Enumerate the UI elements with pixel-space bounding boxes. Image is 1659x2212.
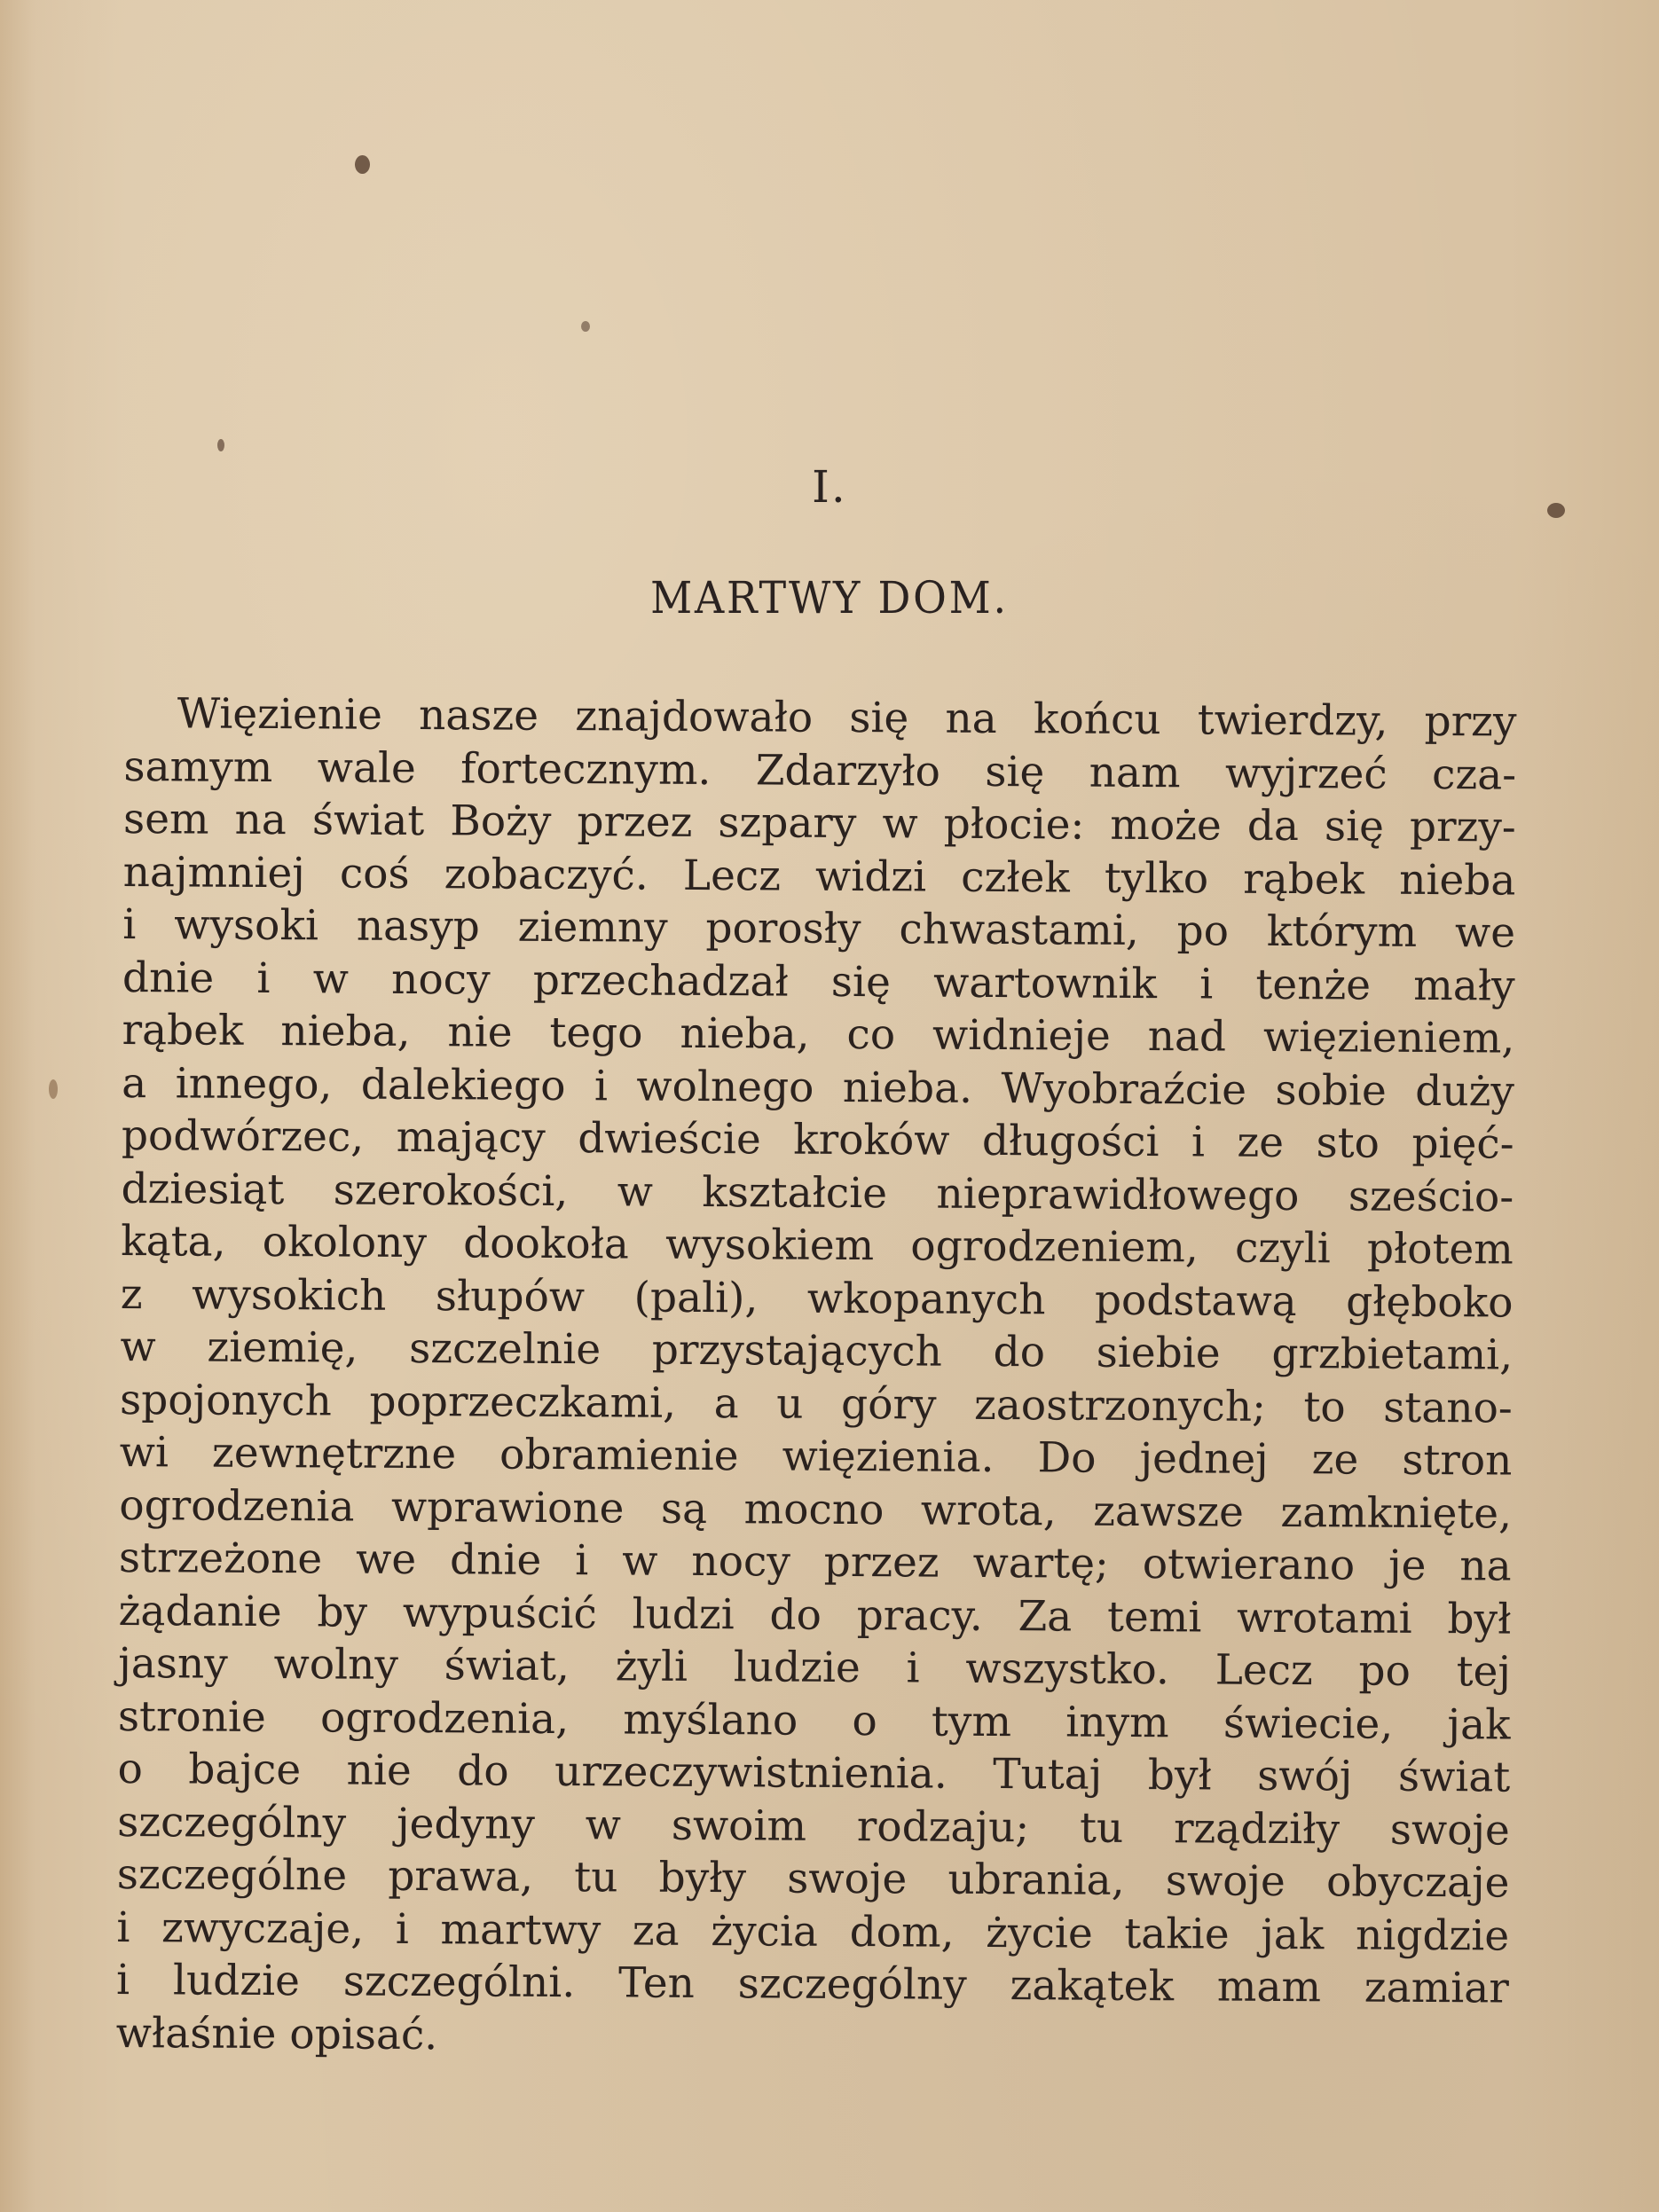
text-line: Więzienie nasze znajdowało się na końcu … [124, 687, 1517, 749]
paper-spot [355, 155, 370, 174]
text-line: jasny wolny świat, żyli ludzie i wszystk… [118, 1637, 1511, 1698]
text-line: stronie ogrodzenia, myślano o tym inym ś… [118, 1690, 1511, 1751]
paper-spot [217, 439, 224, 451]
book-page: I. MARTWY DOM. Więzienie nasze znajdował… [0, 0, 1659, 2212]
text-line: i wysoki nasyp ziemny porosły chwastami,… [122, 898, 1515, 960]
text-line: najmniej coś zobaczyć. Lecz widzi człek … [123, 845, 1516, 906]
paper-spot [581, 321, 590, 332]
text-line: i ludzie szczególni. Ten szczególny zaką… [116, 1954, 1509, 2015]
text-line: samym wale fortecznym. Zdarzyło się nam … [123, 740, 1516, 801]
text-line: szczególny jedyny w swoim rodzaju; tu rz… [117, 1795, 1510, 1856]
text-line: rąbek nieba, nie tego nieba, co widnieje… [122, 1004, 1514, 1065]
text-line: właśnie opisać. [116, 2006, 1509, 2067]
paper-spot [49, 1079, 58, 1099]
text-line: ogrodzenia wprawione są mocno wrota, zaw… [119, 1479, 1512, 1540]
text-line: kąta, okolony dookoła wysokiem ogrodzeni… [121, 1215, 1514, 1276]
text-line: podwórzec, mający dwieście kroków długoś… [122, 1110, 1514, 1171]
text-line: szczególne prawa, tu były swoje ubrania,… [117, 1848, 1510, 1910]
text-line: spojonych poprzeczkami, a u góry zaostrz… [120, 1373, 1513, 1434]
text-line: o bajce nie do urzeczywistnienia. Tutaj … [117, 1743, 1510, 1804]
text-line: dziesiąt szerokości, w kształcie niepraw… [121, 1162, 1514, 1223]
text-line: sem na świat Boży przez szpary w płocie:… [123, 793, 1516, 854]
text-line: strzeżone we dnie i w nocy przez wartę; … [119, 1532, 1512, 1593]
text-line: a innego, dalekiego i wolnego nieba. Wyo… [122, 1056, 1514, 1118]
text-line: w ziemię, szczelnie przystających do sie… [120, 1321, 1513, 1382]
text-line: dnie i w nocy przechadzał się wartownik … [122, 951, 1515, 1012]
chapter-number: I. [0, 461, 1659, 513]
text-line: z wysokich słupów (pali), wkopanych pods… [121, 1267, 1514, 1329]
chapter-title: MARTWY DOM. [67, 572, 1592, 624]
text-line: żądanie by wypuścić ludzi do pracy. Za t… [118, 1584, 1511, 1645]
text-line: i zwyczaje, i martwy za życia dom, życie… [116, 1901, 1509, 1962]
body-paragraph: Więzienie nasze znajdowało się na końcu … [116, 687, 1517, 2068]
text-line: wi zewnętrzne obramienie więzienia. Do j… [120, 1426, 1513, 1487]
